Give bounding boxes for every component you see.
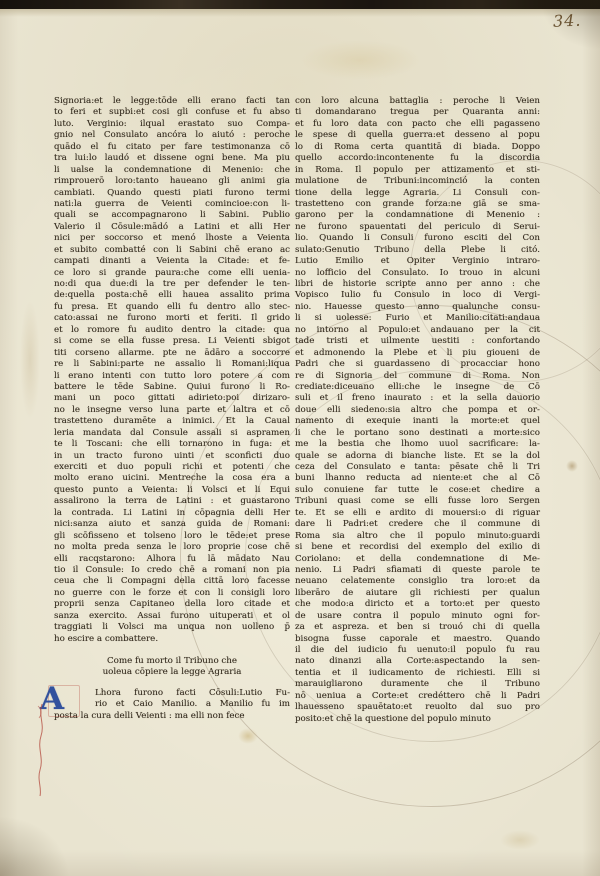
text-line: con loro alcuna battaglia : peroche li V…	[295, 96, 540, 107]
text-line: te. Et se elli e ardito di mouersi:o di …	[295, 508, 540, 519]
text-line: re li Sabini:parte ne assalio li Romani:…	[54, 359, 290, 370]
text-line: Lhora furono facti Cōsuli:Lutio Fu-	[95, 688, 290, 699]
text-line: posito:et chē la questione del populo mi…	[295, 714, 540, 725]
text-line: Lutio Emilio et Opiter Verginio intraro-	[295, 256, 540, 267]
text-line: de:quella posta:chē elli hauea assalito …	[54, 290, 290, 301]
text-line: lio. Quando li Consuli furono esciti del…	[295, 233, 540, 244]
text-column-right: con loro alcuna battaglia : peroche li V…	[295, 96, 540, 725]
text-line: namento di exequie inanti la morte:et qu…	[295, 416, 540, 427]
text-line: traggiati li Volsci ma unqua non uolleno…	[54, 622, 290, 633]
paper-stain	[238, 728, 258, 744]
text-line: gnio nel Consulato ancóra lo aiutó : per…	[54, 130, 290, 141]
text-line: le spese di quella guerra:et desseno al …	[295, 130, 540, 141]
text-line: li che le portano sono destinati a morte…	[295, 428, 540, 439]
left-column-paragraph: Signoria:et le legge:tōde elli erano fac…	[54, 96, 290, 645]
text-line: cato:assai ne furono morti et feriti. Il…	[54, 313, 290, 324]
page-edge-shadow	[0, 9, 600, 17]
page-number: 34.	[553, 10, 594, 30]
paper-stain	[500, 830, 540, 850]
text-line: nati:la guerra de Veienti comincioe:con …	[54, 199, 290, 210]
text-line: uoleua cōpiere la legge Agraria	[54, 667, 290, 678]
text-line: quale se adorna di bianche liste. Et se …	[295, 451, 540, 462]
text-column-left: Signoria:et le legge:tōde elli erano fac…	[54, 96, 290, 722]
text-line: za et aspreza. et ben si trouó chi di qu…	[295, 622, 540, 633]
text-line: exerciti et duo populi richi et potenti …	[54, 462, 290, 473]
initial-flourish-icon	[35, 702, 49, 797]
text-line: liberāro de aiutare gli richiesti per qu…	[295, 588, 540, 599]
text-line: dare li Padri:et credere che il commune …	[295, 519, 540, 530]
text-line: de usare contra il populo minuto ogni fo…	[295, 611, 540, 622]
text-line: Coriolano: et della condemnatione di Me-	[295, 554, 540, 565]
text-line: sulo conuiene far tutte le cose:et chedi…	[295, 485, 540, 496]
text-line: sulato:Genutio Tribuno della Plebe li ci…	[295, 245, 540, 256]
text-line: Signoria:et le legge:tōde elli erano fac…	[54, 96, 290, 107]
text-line: et fu loro data con pacto che elli pagas…	[295, 119, 540, 130]
closing-paragraph: A Lhora furono facti Cōsuli:Lutio Fu-rio…	[54, 688, 290, 722]
text-line: tentia et il iudicamento de richiesti. E…	[295, 668, 540, 679]
text-line: gli scōfisseno et tolseno loro le tēde:e…	[54, 531, 290, 542]
text-line: cambiati. Quando questi piati furono ter…	[54, 188, 290, 199]
text-line: ti domandarano tregua per Quaranta anni:	[295, 107, 540, 118]
text-line: tione della legge Agraria. Li Consuli co…	[295, 188, 540, 199]
text-line: quali se accompagnarono li Sabini. Publi…	[54, 210, 290, 221]
text-line: ce loro si grande paura:che come elli ue…	[54, 268, 290, 279]
right-column-paragraph: con loro alcuna battaglia : peroche li V…	[295, 96, 540, 725]
text-line: nenio. Li Padri sfiamati di queste parol…	[295, 565, 540, 576]
text-line: ne furono spauentati del periculo di Ser…	[295, 222, 540, 233]
text-line: Vopisco Iulio fu Consulo in loco di Verg…	[295, 290, 540, 301]
text-line: questo punto a Veienta: li Volsci et li …	[54, 485, 290, 496]
text-line: libri de historie scripte anno per anno …	[295, 279, 540, 290]
text-line: li ualse la condemnatione di Menenio: ch…	[54, 165, 290, 176]
text-line: li erano intenti con tutto loro potere a…	[54, 371, 290, 382]
text-line: assalirono la terra de Latini : et guast…	[54, 496, 290, 507]
paper-stain	[300, 40, 420, 80]
text-line: trastetteno duramēte a inimici. Et la Ca…	[54, 416, 290, 427]
text-line: mulatione de Tribuni:incominció la conte…	[295, 176, 540, 187]
text-line: nio. Hauesse questo anno qualunche consu…	[295, 302, 540, 313]
text-line: lo di Roma certa quantitā di biada. Dopp…	[295, 142, 540, 153]
text-line: si come se ella fusse presa. Li Veienti …	[54, 336, 290, 347]
text-line: et subito combatté con li Sabini chē era…	[54, 245, 290, 256]
text-line: suli et il freno inaurato : et la sella …	[295, 393, 540, 404]
text-line: la contrada. Li Latini in cōpagnia delli…	[54, 508, 290, 519]
text-line: ceua che li Compagni della cittā loro fa…	[54, 576, 290, 587]
text-line: quādo el fu citato per fare testimonanza…	[54, 142, 290, 153]
text-line: crediate:diceuano elli:che le insegne de…	[295, 382, 540, 393]
text-line: li si uolesse: Furio et Manilio:citati:a…	[295, 313, 540, 324]
text-line: nici per soccorso et menó lhoste a Veien…	[54, 233, 290, 244]
text-line: elli racqstarono: Alhora fu lā mādato Na…	[54, 554, 290, 565]
text-line: tra lui:lo laudó et dissene ogni bene. M…	[54, 153, 290, 164]
text-line: rimprouerō loro:tanto haueano gli animi …	[54, 176, 290, 187]
paper-stain	[566, 460, 578, 472]
text-line: Valerio il Cōsule:mādó a Latini et alli …	[54, 222, 290, 233]
chapter-heading: Come fu morto il Tribuno cheuoleua cōpie…	[54, 656, 290, 679]
text-line: bisogna fusse caporale et maestro. Quand…	[295, 634, 540, 645]
text-line: tade tristi et uilmente uestiti : confor…	[295, 336, 540, 347]
text-line: nici:sanza aiuto et sanza guida de Roman…	[54, 519, 290, 530]
paper-stain	[20, 300, 40, 420]
text-line: no lofficio del Consulato. Io trouo in a…	[295, 268, 540, 279]
text-line: titi corseno allarme. pte ne ādāro a soc…	[54, 348, 290, 359]
text-line: luto. Verginio: ilqual erastato suo Comp…	[54, 119, 290, 130]
text-line: il die del iudicio fu uenuto:il populo f…	[295, 645, 540, 656]
text-line: ho escire a combattere.	[54, 634, 290, 645]
text-line: neuano celatemente consiglio tra loro:et…	[295, 576, 540, 587]
closing-paragraph-lines: Lhora furono facti Cōsuli:Lutio Fu-rio e…	[54, 688, 290, 722]
text-line: in Roma. Il populo per attizamento et st…	[295, 165, 540, 176]
text-line: in un tracto furono uinti et sconficti d…	[54, 451, 290, 462]
page-edge-top	[0, 0, 600, 9]
text-line: che modo:a diricto et a torto:et per que…	[295, 599, 540, 610]
text-line: re di Signoria del commune di Roma. Non	[295, 371, 540, 382]
text-line: Roma sia altro che il populo minuto:guar…	[295, 531, 540, 542]
text-line: trastetteno con grande forza:ne giā se s…	[295, 199, 540, 210]
text-line: leria mandata dal Consule assali si aspr…	[54, 428, 290, 439]
text-line: rio et Caio Manilio. a Manilio fu im	[95, 699, 290, 710]
corner-shade-bottom-left	[0, 816, 70, 876]
text-line: no molta preda senza le loro proprie cos…	[54, 542, 290, 553]
text-line: garono per la condamnatione di Menenio :	[295, 210, 540, 221]
text-line: battere le tēde Sabine. Quiui furono li …	[54, 382, 290, 393]
text-line: posta la cura delli Veienti : ma elli no…	[54, 711, 290, 722]
text-line: te li Toscani: che elli tornarono in fug…	[54, 439, 290, 450]
text-line: nato dinanzi alla Corte:aspectando la se…	[295, 656, 540, 667]
text-line: no guerre con le forze et con li consigl…	[54, 588, 290, 599]
scanned-book-page: 34. Signoria:et le legge:tōde elli erano…	[0, 0, 600, 876]
text-line: quello accordo:incontenente fu la discor…	[295, 153, 540, 164]
text-line: proprii senza Capitaneo della loro citad…	[54, 599, 290, 610]
text-line: si bene et recordisi del exemplo del exi…	[295, 542, 540, 553]
text-line: marauigliarono duramente che il Tribuno	[295, 679, 540, 690]
text-line: Tribuni quasi come se elli fusse loro Se…	[295, 496, 540, 507]
text-line: et lo romore fu audito dentro la citade:…	[54, 325, 290, 336]
text-line: tio il Consule: Io credo chē a romani no…	[54, 565, 290, 576]
text-line: nō ueniua a Corte:et credéttero chē li P…	[295, 691, 540, 702]
text-line: no:di qua due:di la tre per defender le …	[54, 279, 290, 290]
text-line: me la bestia che lhomo uuol sacrificare:…	[295, 439, 540, 450]
text-line: no le insegne verso luna parte et laltra…	[54, 405, 290, 416]
text-line: no intorno al Populo:et andauano per la …	[295, 325, 540, 336]
text-line: buni lhanno reducta ad niente:et che al …	[295, 473, 540, 484]
text-line: campati dinanti a Veienta la Citade: et …	[54, 256, 290, 267]
text-line: et admonendo la Plebe et li piu gioueni …	[295, 348, 540, 359]
text-line: Come fu morto il Tribuno che	[54, 656, 290, 667]
text-line: to feri et supbi:et cosi gli confuse et …	[54, 107, 290, 118]
text-line: molto erano uicini. Mentreche la cosa er…	[54, 473, 290, 484]
text-line: sanza exercito. Assai furono uituperati …	[54, 611, 290, 622]
text-line: Padri che si guardasseno di procacciar h…	[295, 359, 540, 370]
text-line: doue elli siedeno:sia altro che pompa et…	[295, 405, 540, 416]
text-line: mani un poco gittati adirieto:poi diriza…	[54, 393, 290, 404]
text-line: ceza del Consulato e tanta: pēsate chē l…	[295, 462, 540, 473]
text-line: fu presa. Et quando elli fu dentro allo …	[54, 302, 290, 313]
text-line: lhauesseno spauētato:et reuolto dal suo …	[295, 702, 540, 713]
